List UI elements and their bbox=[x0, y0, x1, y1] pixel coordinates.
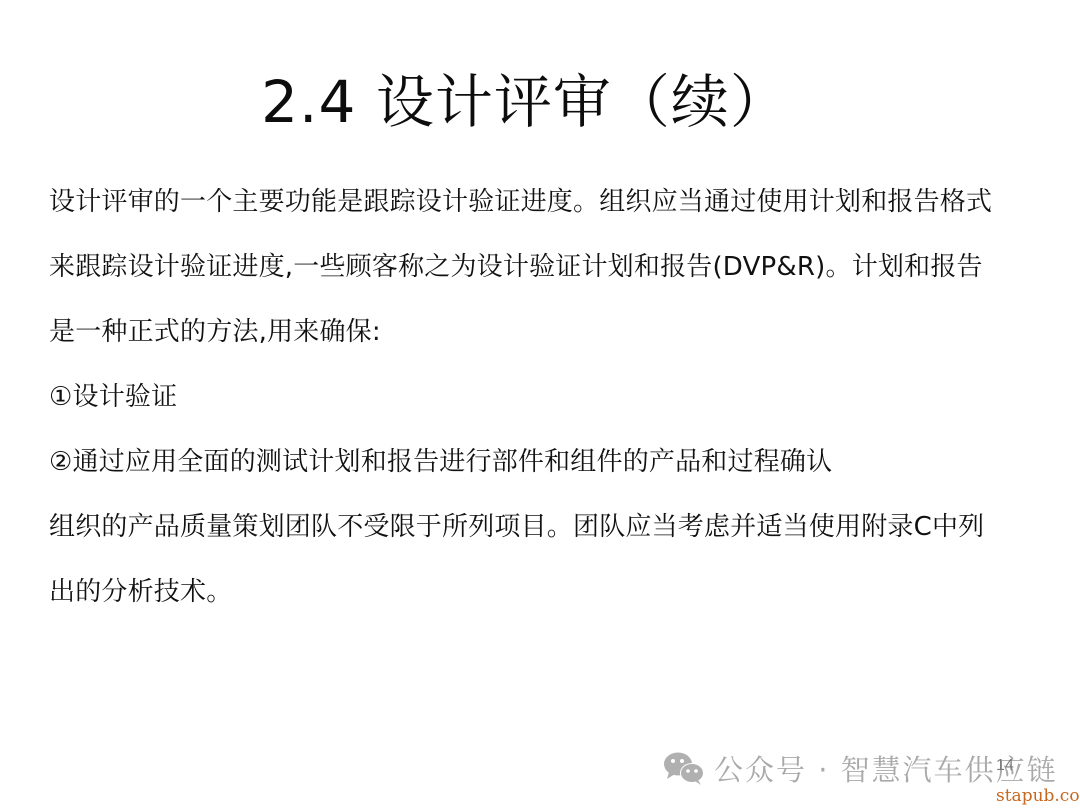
slide-body: 设计评审的一个主要功能是跟踪设计验证进度。组织应当通过使用计划和报告格式 来跟踪… bbox=[49, 170, 1049, 625]
list-item-1: ①设计验证 bbox=[49, 365, 1049, 430]
body-line: 是一种正式的方法,用来确保: bbox=[49, 300, 1049, 365]
body-line: 组织的产品质量策划团队不受限于所列项目。团队应当考虑并适当使用附录C中列 bbox=[49, 495, 1049, 560]
list-item-2: ②通过应用全面的测试计划和报告进行部件和组件的产品和过程确认 bbox=[49, 430, 1049, 495]
body-line: 设计评审的一个主要功能是跟踪设计验证进度。组织应当通过使用计划和报告格式 bbox=[49, 170, 1049, 235]
slide: 2.4 设计评审（续） 设计评审的一个主要功能是跟踪设计验证进度。组织应当通过使… bbox=[0, 0, 1080, 810]
slide-title: 2.4 设计评审（续） bbox=[0, 62, 1050, 142]
page-number: 14 bbox=[996, 757, 1014, 775]
body-line: 出的分析技术。 bbox=[49, 560, 1049, 625]
body-line: 来跟踪设计验证进度,一些顾客称之为设计验证计划和报告(DVP&R)。计划和报告 bbox=[49, 235, 1049, 300]
site-watermark: stapub.com bbox=[996, 786, 1080, 806]
wechat-icon bbox=[662, 750, 706, 786]
